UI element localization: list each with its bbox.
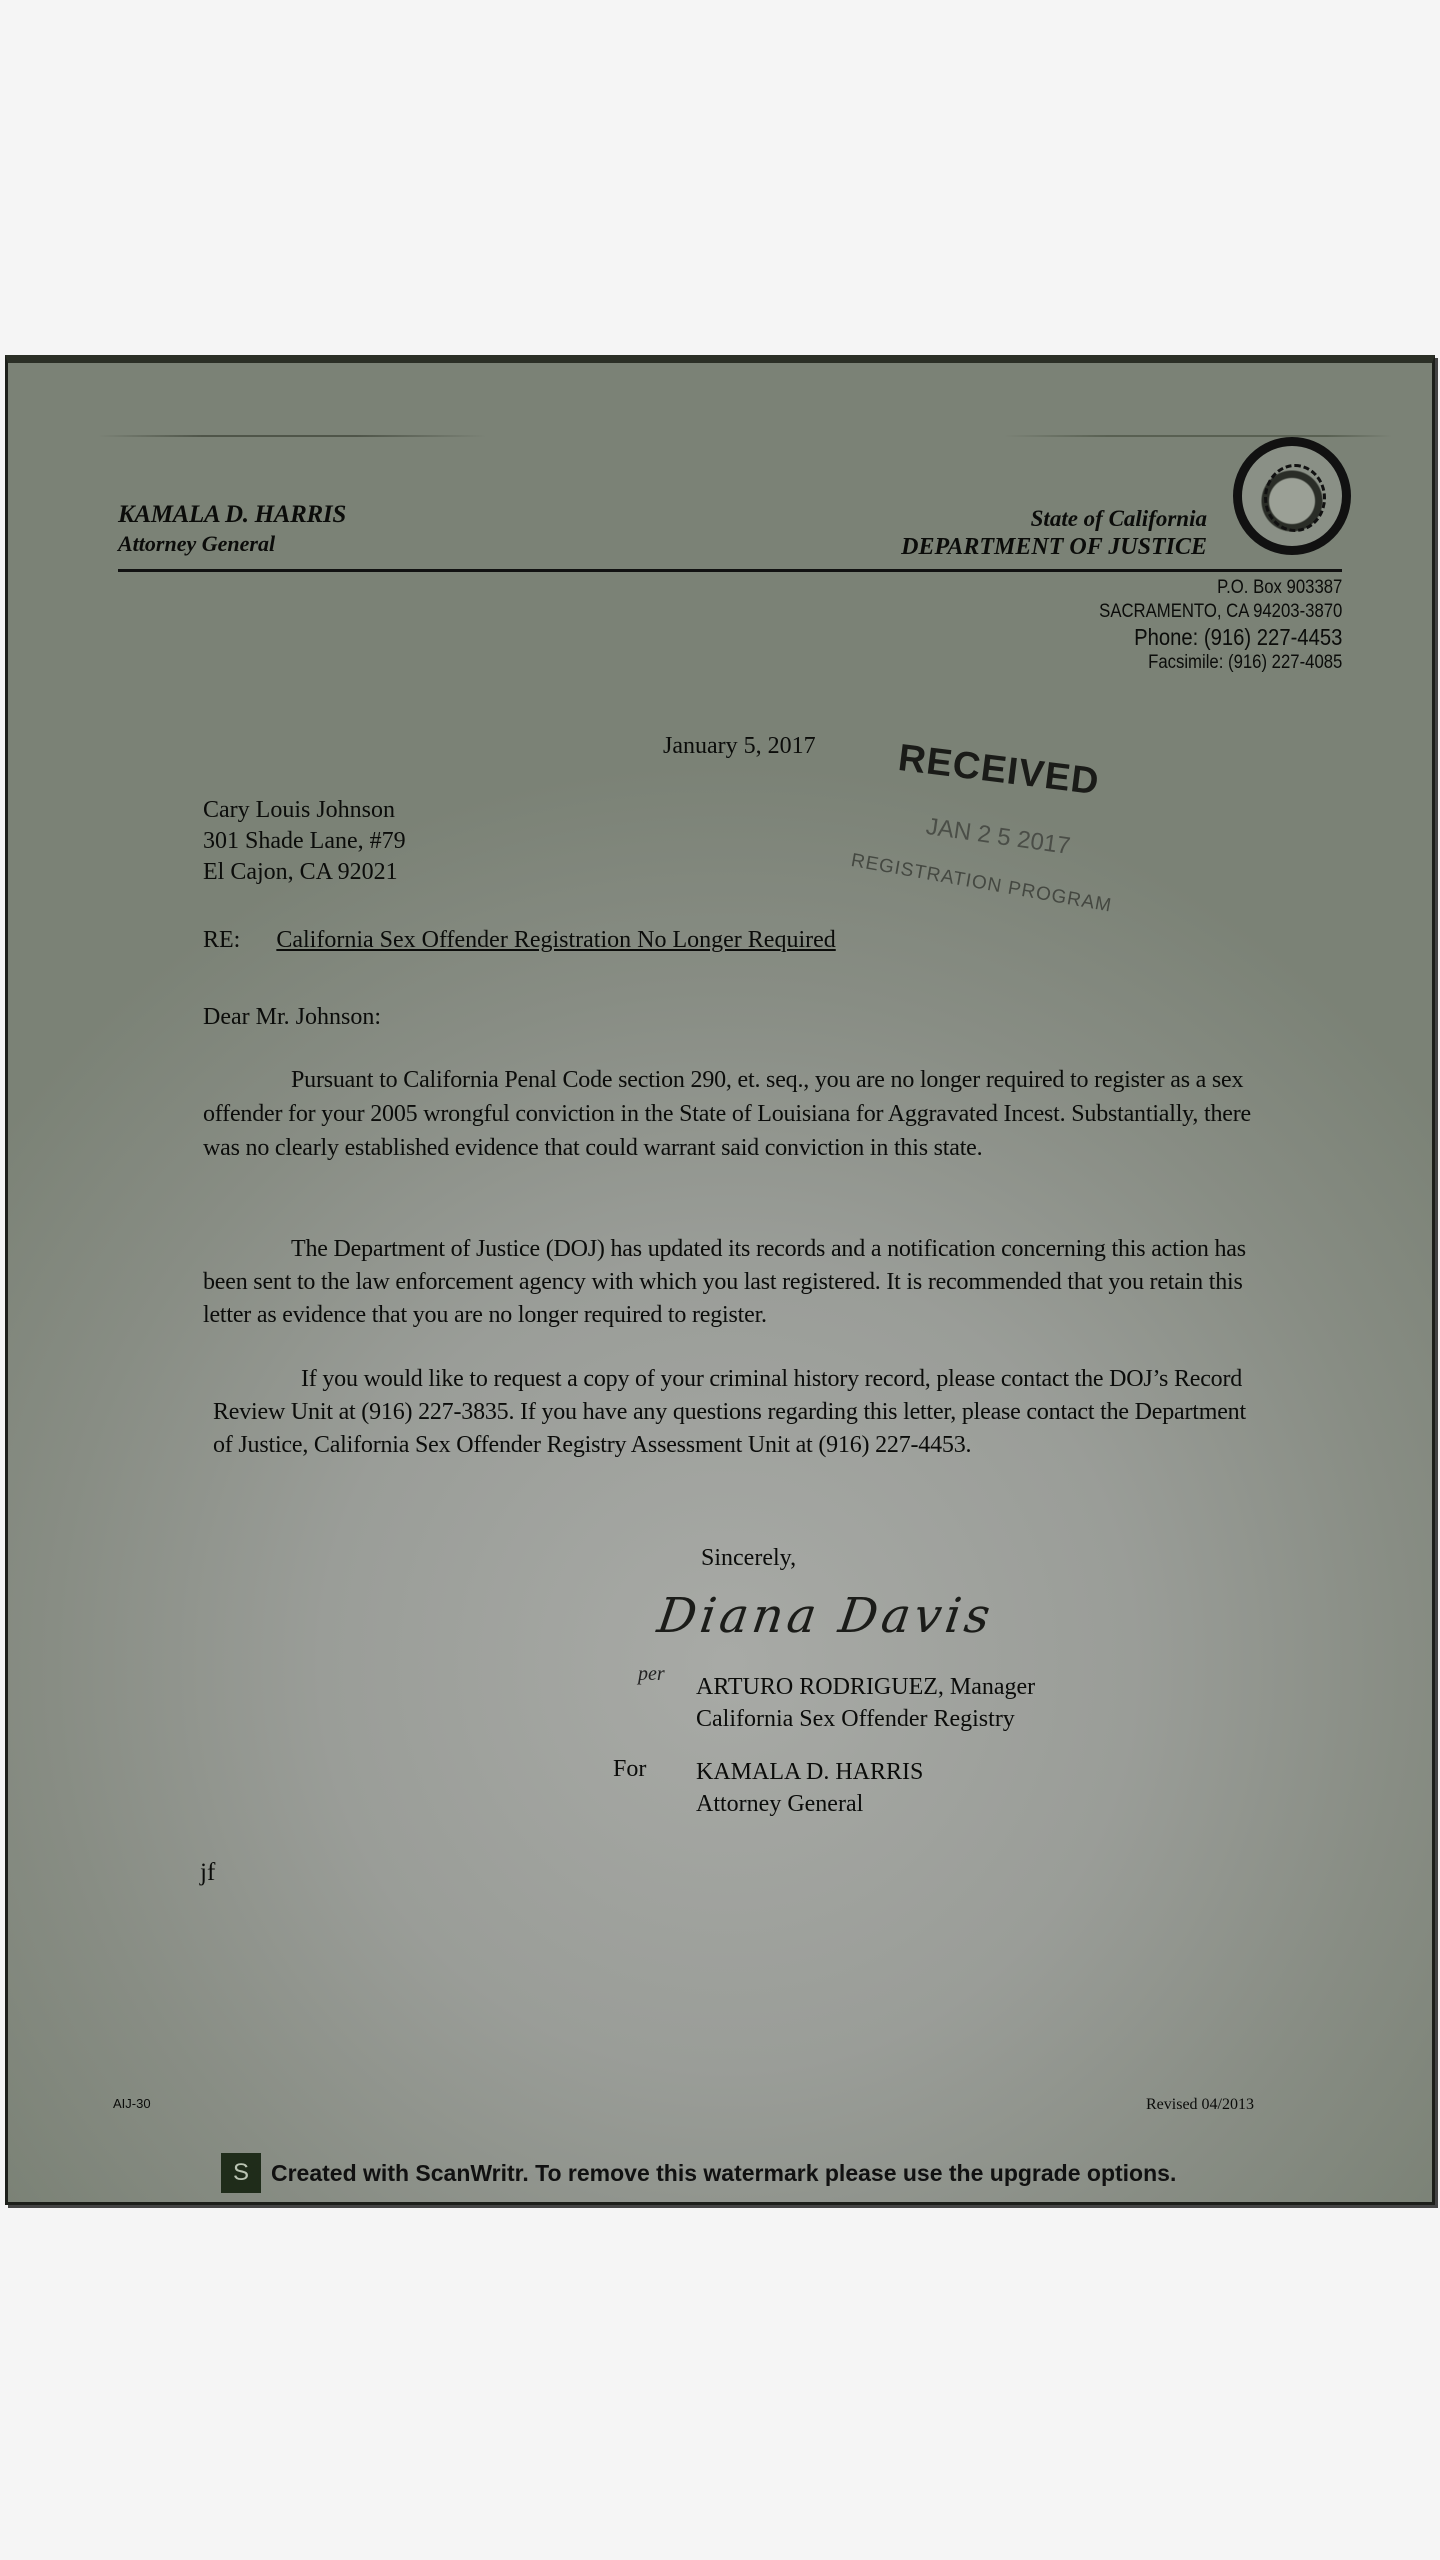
for-label: For [613, 1756, 646, 1783]
ag-name: KAMALA D. HARRIS [696, 1756, 923, 1788]
per-mark: per [638, 1663, 665, 1686]
body-paragraph-1: Pursuant to California Penal Code sectio… [203, 1063, 1283, 1165]
phone-number: Phone: (916) 227-4453 [1099, 624, 1342, 651]
letterhead-state: State of California [901, 506, 1207, 532]
recipient-city: El Cajon, CA 92021 [203, 857, 406, 888]
paragraph-text: Pursuant to California Penal Code sectio… [203, 1067, 1251, 1161]
california-seal-icon [1233, 437, 1351, 555]
letterhead-right: State of California DEPARTMENT OF JUSTIC… [901, 506, 1207, 561]
scanned-letter: KAMALA D. HARRIS Attorney General State … [5, 355, 1435, 2205]
signer-block: ARTURO RODRIGUEZ, Manager California Sex… [696, 1671, 1035, 1735]
received-stamp-program: REGISTRATION PROGRAM [849, 850, 1113, 918]
paragraph-text: The Department of Justice (DOJ) has upda… [203, 1236, 1246, 1328]
body-paragraph-3: If you would like to request a copy of y… [213, 1363, 1253, 1462]
closing-sincerely: Sincerely, [701, 1545, 796, 1572]
signer-name: ARTURO RODRIGUEZ, Manager [696, 1671, 1035, 1703]
form-code: AIJ-30 [113, 2096, 151, 2111]
letterhead-address: P.O. Box 903387 SACRAMENTO, CA 94203-387… [1099, 576, 1342, 675]
letterhead-rule [118, 569, 1342, 572]
address-line: SACRAMENTO, CA 94203-3870 [1099, 600, 1342, 624]
watermark-text: Created with ScanWritr. To remove this w… [271, 2160, 1176, 2187]
recipient-address: Cary Louis Johnson 301 Shade Lane, #79 E… [203, 795, 406, 888]
fold-crease [98, 435, 1392, 437]
address-line: P.O. Box 903387 [1099, 576, 1342, 600]
letterhead-left: KAMALA D. HARRIS Attorney General [118, 501, 346, 557]
recipient-name: Cary Louis Johnson [203, 795, 406, 826]
fax-number: Facsimile: (916) 227-4085 [1099, 651, 1342, 675]
salutation: Dear Mr. Johnson: [203, 1004, 381, 1031]
handwritten-signature: Diana Davis [654, 1588, 997, 1644]
revised-date: Revised 04/2013 [1146, 2096, 1254, 2114]
received-stamp: RECEIVED [896, 737, 1102, 804]
recipient-street: 301 Shade Lane, #79 [203, 826, 406, 857]
body-paragraph-2: The Department of Justice (DOJ) has upda… [203, 1233, 1283, 1332]
letterhead-ag-name: KAMALA D. HARRIS [118, 501, 346, 529]
letterhead-department: DEPARTMENT OF JUSTICE [901, 534, 1207, 561]
scanwritr-logo-icon: S [221, 2153, 261, 2193]
letter-date: January 5, 2017 [663, 733, 816, 760]
re-line: RE:California Sex Offender Registration … [203, 927, 836, 954]
signer-unit: California Sex Offender Registry [696, 1703, 1035, 1735]
letterhead-ag-title: Attorney General [118, 531, 346, 557]
re-subject: California Sex Offender Registration No … [276, 927, 835, 953]
re-label: RE: [203, 927, 240, 953]
typist-initials: jf [200, 1859, 215, 1887]
ag-title: Attorney General [696, 1788, 923, 1820]
scanwritr-watermark: S Created with ScanWritr. To remove this… [221, 2153, 1176, 2193]
attorney-general-block: KAMALA D. HARRIS Attorney General [696, 1756, 923, 1820]
received-stamp-date: JAN 2 5 2017 [924, 813, 1072, 861]
paragraph-text: If you would like to request a copy of y… [213, 1366, 1246, 1458]
